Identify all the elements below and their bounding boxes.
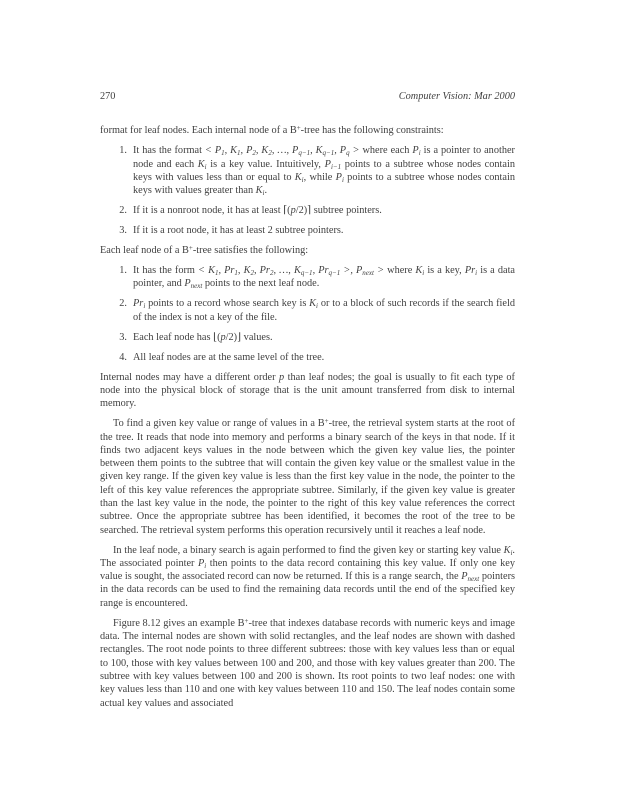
list-item-marker: 1. (116, 144, 127, 197)
list-item-marker: 2. (116, 204, 127, 217)
page-number: 270 (100, 90, 115, 103)
paragraph: Each leaf node of a B+-tree satisfies th… (100, 244, 515, 257)
list-item-text: It has the format < P1, K1, P2, K2, …, P… (133, 144, 515, 197)
running-title: Computer Vision: Mar 2000 (399, 90, 515, 103)
list-item: 4.All leaf nodes are at the same level o… (100, 351, 515, 364)
list-item: 1.It has the form < K1, Pr1, K2, Pr2, …,… (100, 264, 515, 291)
page: 270 Computer Vision: Mar 2000 format for… (0, 0, 618, 800)
page-body: format for leaf nodes. Each internal nod… (100, 124, 515, 710)
list-item-text: It has the form < K1, Pr1, K2, Pr2, …, K… (133, 264, 515, 291)
list-item-marker: 3. (116, 224, 127, 237)
list-item-text: If it is a nonroot node, it has at least… (133, 204, 515, 217)
paragraph: To find a given key value or range of va… (100, 417, 515, 537)
list-item: 3.If it is a root node, it has at least … (100, 224, 515, 237)
page-header: 270 Computer Vision: Mar 2000 (100, 90, 515, 103)
list-item: 2.If it is a nonroot node, it has at lea… (100, 204, 515, 217)
paragraph: Internal nodes may have a different orde… (100, 371, 515, 411)
list-item: 3.Each leaf node has ⌊(p/2)⌋ values. (100, 331, 515, 344)
list-item-marker: 4. (116, 351, 127, 364)
list-item-text: All leaf nodes are at the same level of … (133, 351, 515, 364)
list-item: 1.It has the format < P1, K1, P2, K2, …,… (100, 144, 515, 197)
paragraph: format for leaf nodes. Each internal nod… (100, 124, 515, 137)
paragraph: Figure 8.12 gives an example B+-tree tha… (100, 617, 515, 710)
page-content: 270 Computer Vision: Mar 2000 format for… (100, 90, 515, 710)
list-item-text: Pri points to a record whose search key … (133, 297, 515, 324)
list-item: 2.Pri points to a record whose search ke… (100, 297, 515, 324)
list-item-marker: 1. (116, 264, 127, 291)
list-item-marker: 2. (116, 297, 127, 324)
list-item-marker: 3. (116, 331, 127, 344)
paragraph: In the leaf node, a binary search is aga… (100, 544, 515, 610)
list-item-text: If it is a root node, it has at least 2 … (133, 224, 515, 237)
list-item-text: Each leaf node has ⌊(p/2)⌋ values. (133, 331, 515, 344)
